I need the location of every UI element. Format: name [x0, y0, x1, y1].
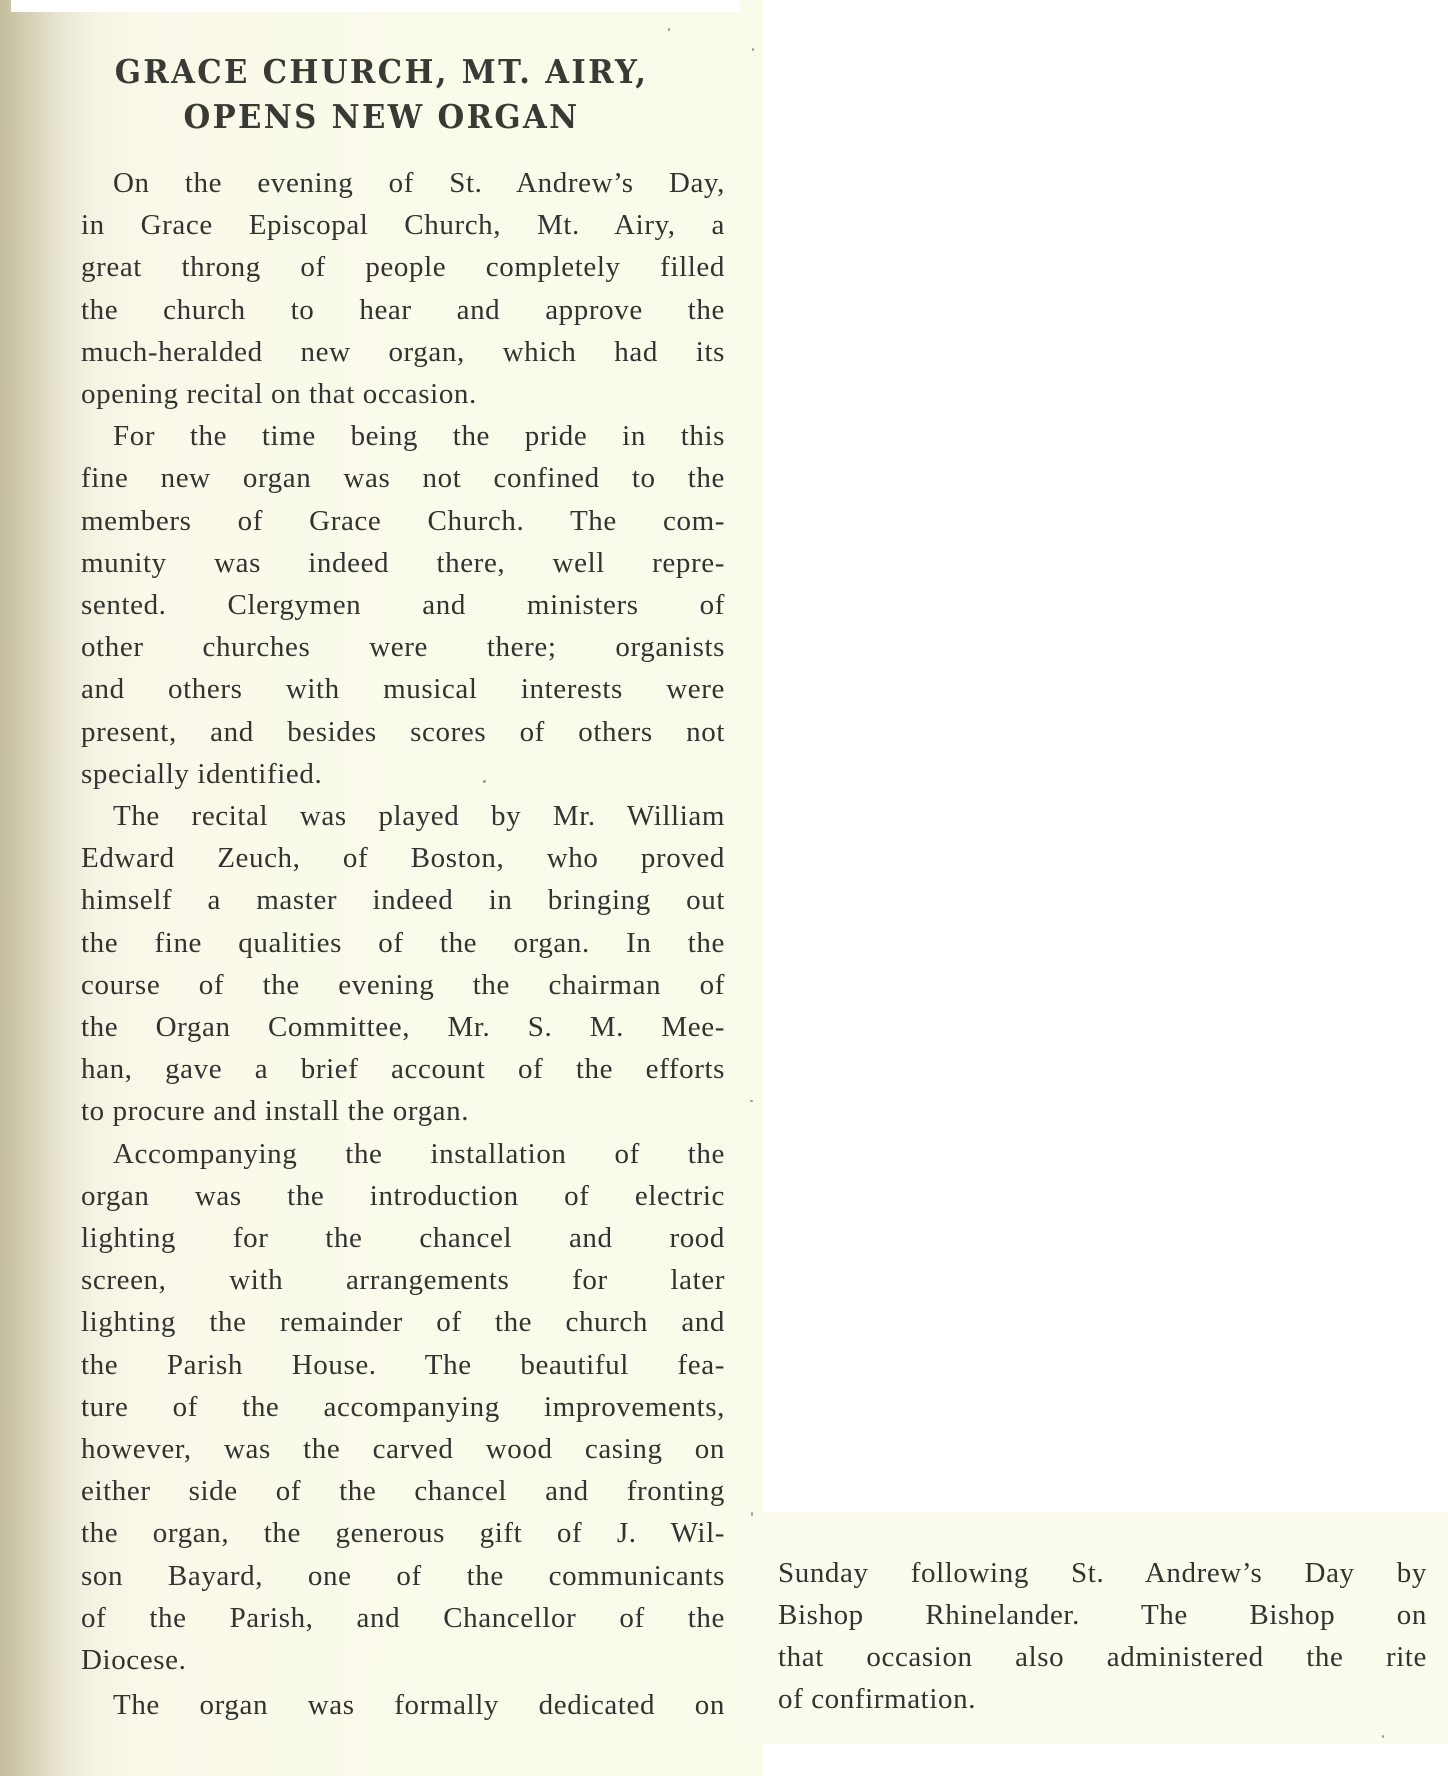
body-line: son Bayard, one of the communicants: [81, 1556, 725, 1596]
body-line: screen, with arrangements for later: [81, 1260, 725, 1300]
body-line: munity was indeed there, well repre-: [81, 543, 725, 583]
scan-speck: [750, 1100, 753, 1102]
body-line: lighting for the chancel and rood: [81, 1218, 725, 1258]
body-line: Accompanying the installation of the: [113, 1134, 725, 1174]
body-line: that occasion also administered the rite: [778, 1637, 1427, 1677]
body-line: ture of the accompanying improvements,: [81, 1387, 725, 1427]
body-line: Diocese.: [81, 1640, 725, 1680]
body-line: On the evening of St. Andrew’s Day,: [113, 163, 725, 203]
article-title-line-1: GRACE CHURCH, MT. AIRY,: [27, 52, 737, 92]
body-line: members of Grace Church. The com-: [81, 501, 725, 541]
body-line: however, was the carved wood casing on: [81, 1429, 725, 1469]
body-line: Sunday following St. Andrew’s Day by: [778, 1553, 1427, 1593]
body-line: and others with musical interests were: [81, 669, 725, 709]
body-line: the church to hear and approve the: [81, 290, 725, 330]
body-line: The recital was played by Mr. William: [113, 796, 725, 836]
body-line: sented. Clergymen and ministers of: [81, 585, 725, 625]
body-line: present, and besides scores of others no…: [81, 712, 725, 752]
body-line: the Organ Committee, Mr. S. M. Mee-: [81, 1007, 725, 1047]
body-line: Bishop Rhinelander. The Bishop on: [778, 1595, 1427, 1635]
body-line: For the time being the pride in this: [113, 416, 725, 456]
scan-speck: [483, 780, 486, 783]
body-line: Edward Zeuch, of Boston, who proved: [81, 838, 725, 878]
scan-speck: [751, 1512, 753, 1516]
scan-speck: [1382, 1735, 1384, 1738]
body-line: the Parish House. The beautiful fea-: [81, 1345, 725, 1385]
body-line: The organ was formally dedicated on: [113, 1685, 725, 1725]
body-line: specially identified.: [81, 754, 725, 794]
body-line: course of the evening the chairman of: [81, 965, 725, 1005]
body-line: great throng of people completely filled: [81, 247, 725, 287]
body-line: han, gave a brief account of the efforts: [81, 1049, 725, 1089]
body-line: opening recital on that occasion.: [81, 374, 725, 414]
body-line: of confirmation.: [778, 1679, 1427, 1719]
body-line: other churches were there; organists: [81, 627, 725, 667]
body-line: much-heralded new organ, which had its: [81, 332, 725, 372]
body-line: fine new organ was not confined to the: [81, 458, 725, 498]
body-line: of the Parish, and Chancellor of the: [81, 1598, 725, 1638]
scan-speck: [668, 28, 670, 31]
body-line: lighting the remainder of the church and: [81, 1302, 725, 1342]
article-title-line-2: OPENS NEW ORGAN: [27, 97, 737, 137]
top-margin-strip: [11, 0, 740, 12]
body-line: to procure and install the organ.: [81, 1091, 725, 1131]
body-line: organ was the introduction of electric: [81, 1176, 725, 1216]
body-line: either side of the chancel and fronting: [81, 1471, 725, 1511]
body-line: the fine qualities of the organ. In the: [81, 923, 725, 963]
body-line: himself a master indeed in bringing out: [81, 880, 725, 920]
scan-speck: [752, 48, 754, 51]
body-line: the organ, the generous gift of J. Wil-: [81, 1513, 725, 1553]
body-line: in Grace Episcopal Church, Mt. Airy, a: [81, 205, 725, 245]
